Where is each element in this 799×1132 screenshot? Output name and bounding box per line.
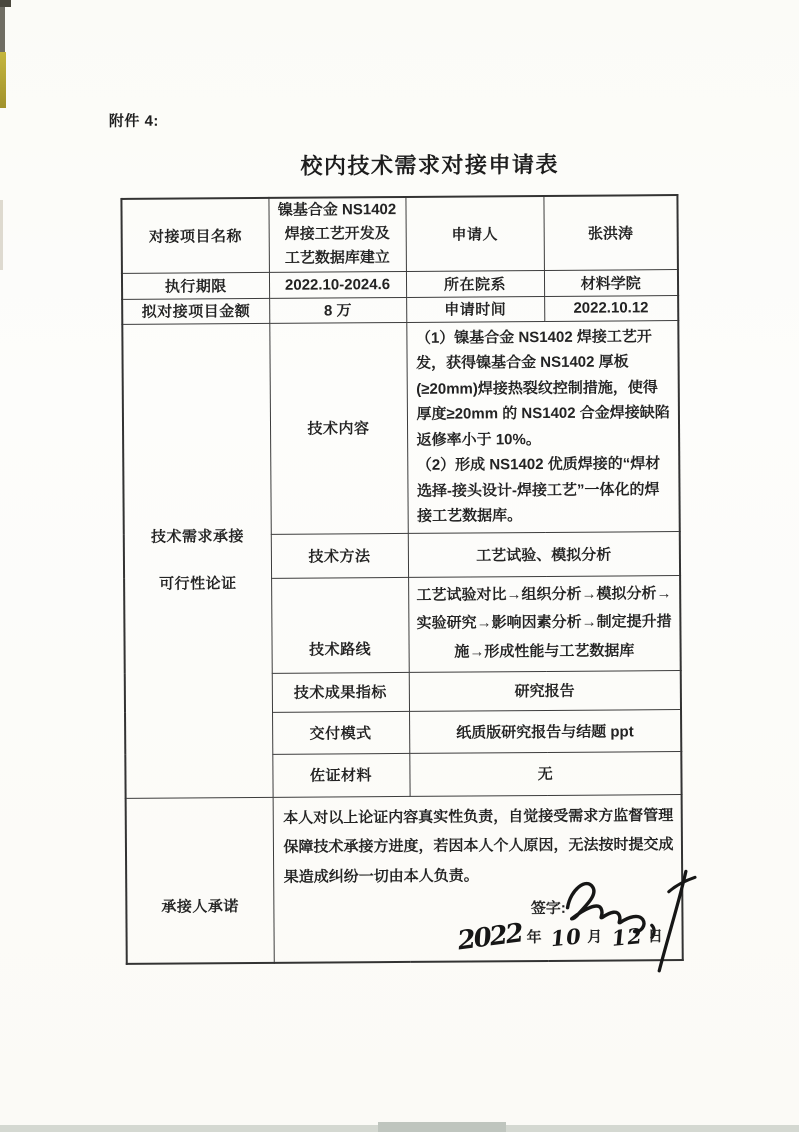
year-unit: 年 bbox=[527, 929, 542, 946]
page-title: 校内技术需求对接申请表 bbox=[30, 146, 799, 183]
spacer bbox=[125, 547, 271, 573]
table-row-project-name: 对接项目名称 镍基合金 NS1402 焊接工艺开发及 工艺数据库建立 申请人 张… bbox=[121, 195, 678, 273]
project-amount-value: 8 万 bbox=[269, 297, 406, 323]
project-name-line: 焊接工艺开发及 bbox=[269, 222, 405, 247]
apply-date-value: 2022.10.12 bbox=[544, 295, 678, 321]
feasibility-section-label-line1: 技术需求承接 bbox=[125, 525, 271, 548]
tech-method-label: 技术方法 bbox=[271, 533, 408, 578]
project-name-line: 工艺数据库建立 bbox=[269, 246, 405, 271]
attachment-label: 附件 4: bbox=[109, 110, 159, 131]
handwritten-day: 12 bbox=[610, 923, 643, 951]
execution-period-value: 2022.10-2024.6 bbox=[269, 271, 406, 298]
feasibility-section-label-line2: 可行性论证 bbox=[125, 572, 271, 595]
supporting-material-label: 佐证材料 bbox=[272, 753, 409, 797]
tech-outcome-label: 技术成果指标 bbox=[272, 672, 409, 712]
day-unit: 日 bbox=[648, 928, 663, 945]
project-name-value: 镍基合金 NS1402 焊接工艺开发及 工艺数据库建立 bbox=[268, 197, 406, 272]
tech-content-paragraph-2: （2）形成 NS1402 优质焊接的“焊材选择-接头设计-焊接工艺”一体化的焊接… bbox=[417, 451, 674, 529]
tech-route-value: 工艺试验对比→组织分析→模拟分析→实验研究→影响因素分析→制定提升措施→形成性能… bbox=[408, 575, 681, 672]
tech-route-label: 技术路线 bbox=[271, 577, 409, 673]
table-row-tech-content: 技术需求承接 可行性论证 技术内容 （1）镍基合金 NS1402 焊接工艺开发，… bbox=[122, 320, 679, 535]
department-value: 材料学院 bbox=[544, 269, 678, 296]
execution-period-label: 执行期限 bbox=[122, 272, 269, 299]
table-row-project-amount: 拟对接项目金额 8 万 申请时间 2022.10.12 bbox=[122, 295, 678, 324]
handwritten-month: 10 bbox=[550, 923, 583, 951]
delivery-mode-value: 纸质版研究报告与结题 ppt bbox=[409, 709, 681, 753]
table-row-execution-period: 执行期限 2022.10-2024.6 所在院系 材料学院 bbox=[122, 269, 678, 299]
applicant-label: 申请人 bbox=[405, 196, 544, 271]
commitment-date: 2022 年 10 月 12 日 bbox=[457, 920, 697, 952]
tech-content-paragraph-1: （1）镍基合金 NS1402 焊接工艺开发，获得镍基合金 NS1402 厚板(≥… bbox=[416, 324, 673, 453]
commitment-cell: 本人对以上论证内容真实性负责，自觉接受需求方监督管理保障技术承接方进度，若因本人… bbox=[273, 794, 683, 963]
project-name-label: 对接项目名称 bbox=[121, 198, 269, 273]
department-label: 所在院系 bbox=[406, 270, 544, 297]
commitment-label: 承接人承诺 bbox=[126, 797, 274, 964]
month-unit: 月 bbox=[587, 928, 602, 945]
application-form-table: 对接项目名称 镍基合金 NS1402 焊接工艺开发及 工艺数据库建立 申请人 张… bbox=[120, 194, 683, 965]
tech-content-label: 技术内容 bbox=[269, 322, 407, 534]
handwritten-year: 2022 bbox=[455, 918, 523, 956]
applicant-value: 张洪涛 bbox=[543, 195, 678, 270]
delivery-mode-label: 交付模式 bbox=[272, 711, 409, 754]
project-amount-label: 拟对接项目金额 bbox=[122, 298, 269, 324]
apply-date-label: 申请时间 bbox=[406, 296, 544, 322]
feasibility-section-label: 技术需求承接 可行性论证 bbox=[122, 323, 272, 798]
project-name-line: 镍基合金 NS1402 bbox=[269, 198, 405, 223]
tech-content-value: （1）镍基合金 NS1402 焊接工艺开发，获得镍基合金 NS1402 厚板(≥… bbox=[406, 320, 679, 533]
supporting-material-value: 无 bbox=[409, 751, 681, 796]
scanned-page: 附件 4: 校内技术需求对接申请表 对接项目名称 镍基合金 NS1402 焊接工… bbox=[0, 0, 799, 1132]
tech-method-value: 工艺试验、模拟分析 bbox=[408, 531, 680, 577]
table-row-commitment: 承接人承诺 本人对以上论证内容真实性负责，自觉接受需求方监督管理保障技术承接方进… bbox=[126, 794, 683, 964]
tech-outcome-value: 研究报告 bbox=[409, 670, 681, 711]
